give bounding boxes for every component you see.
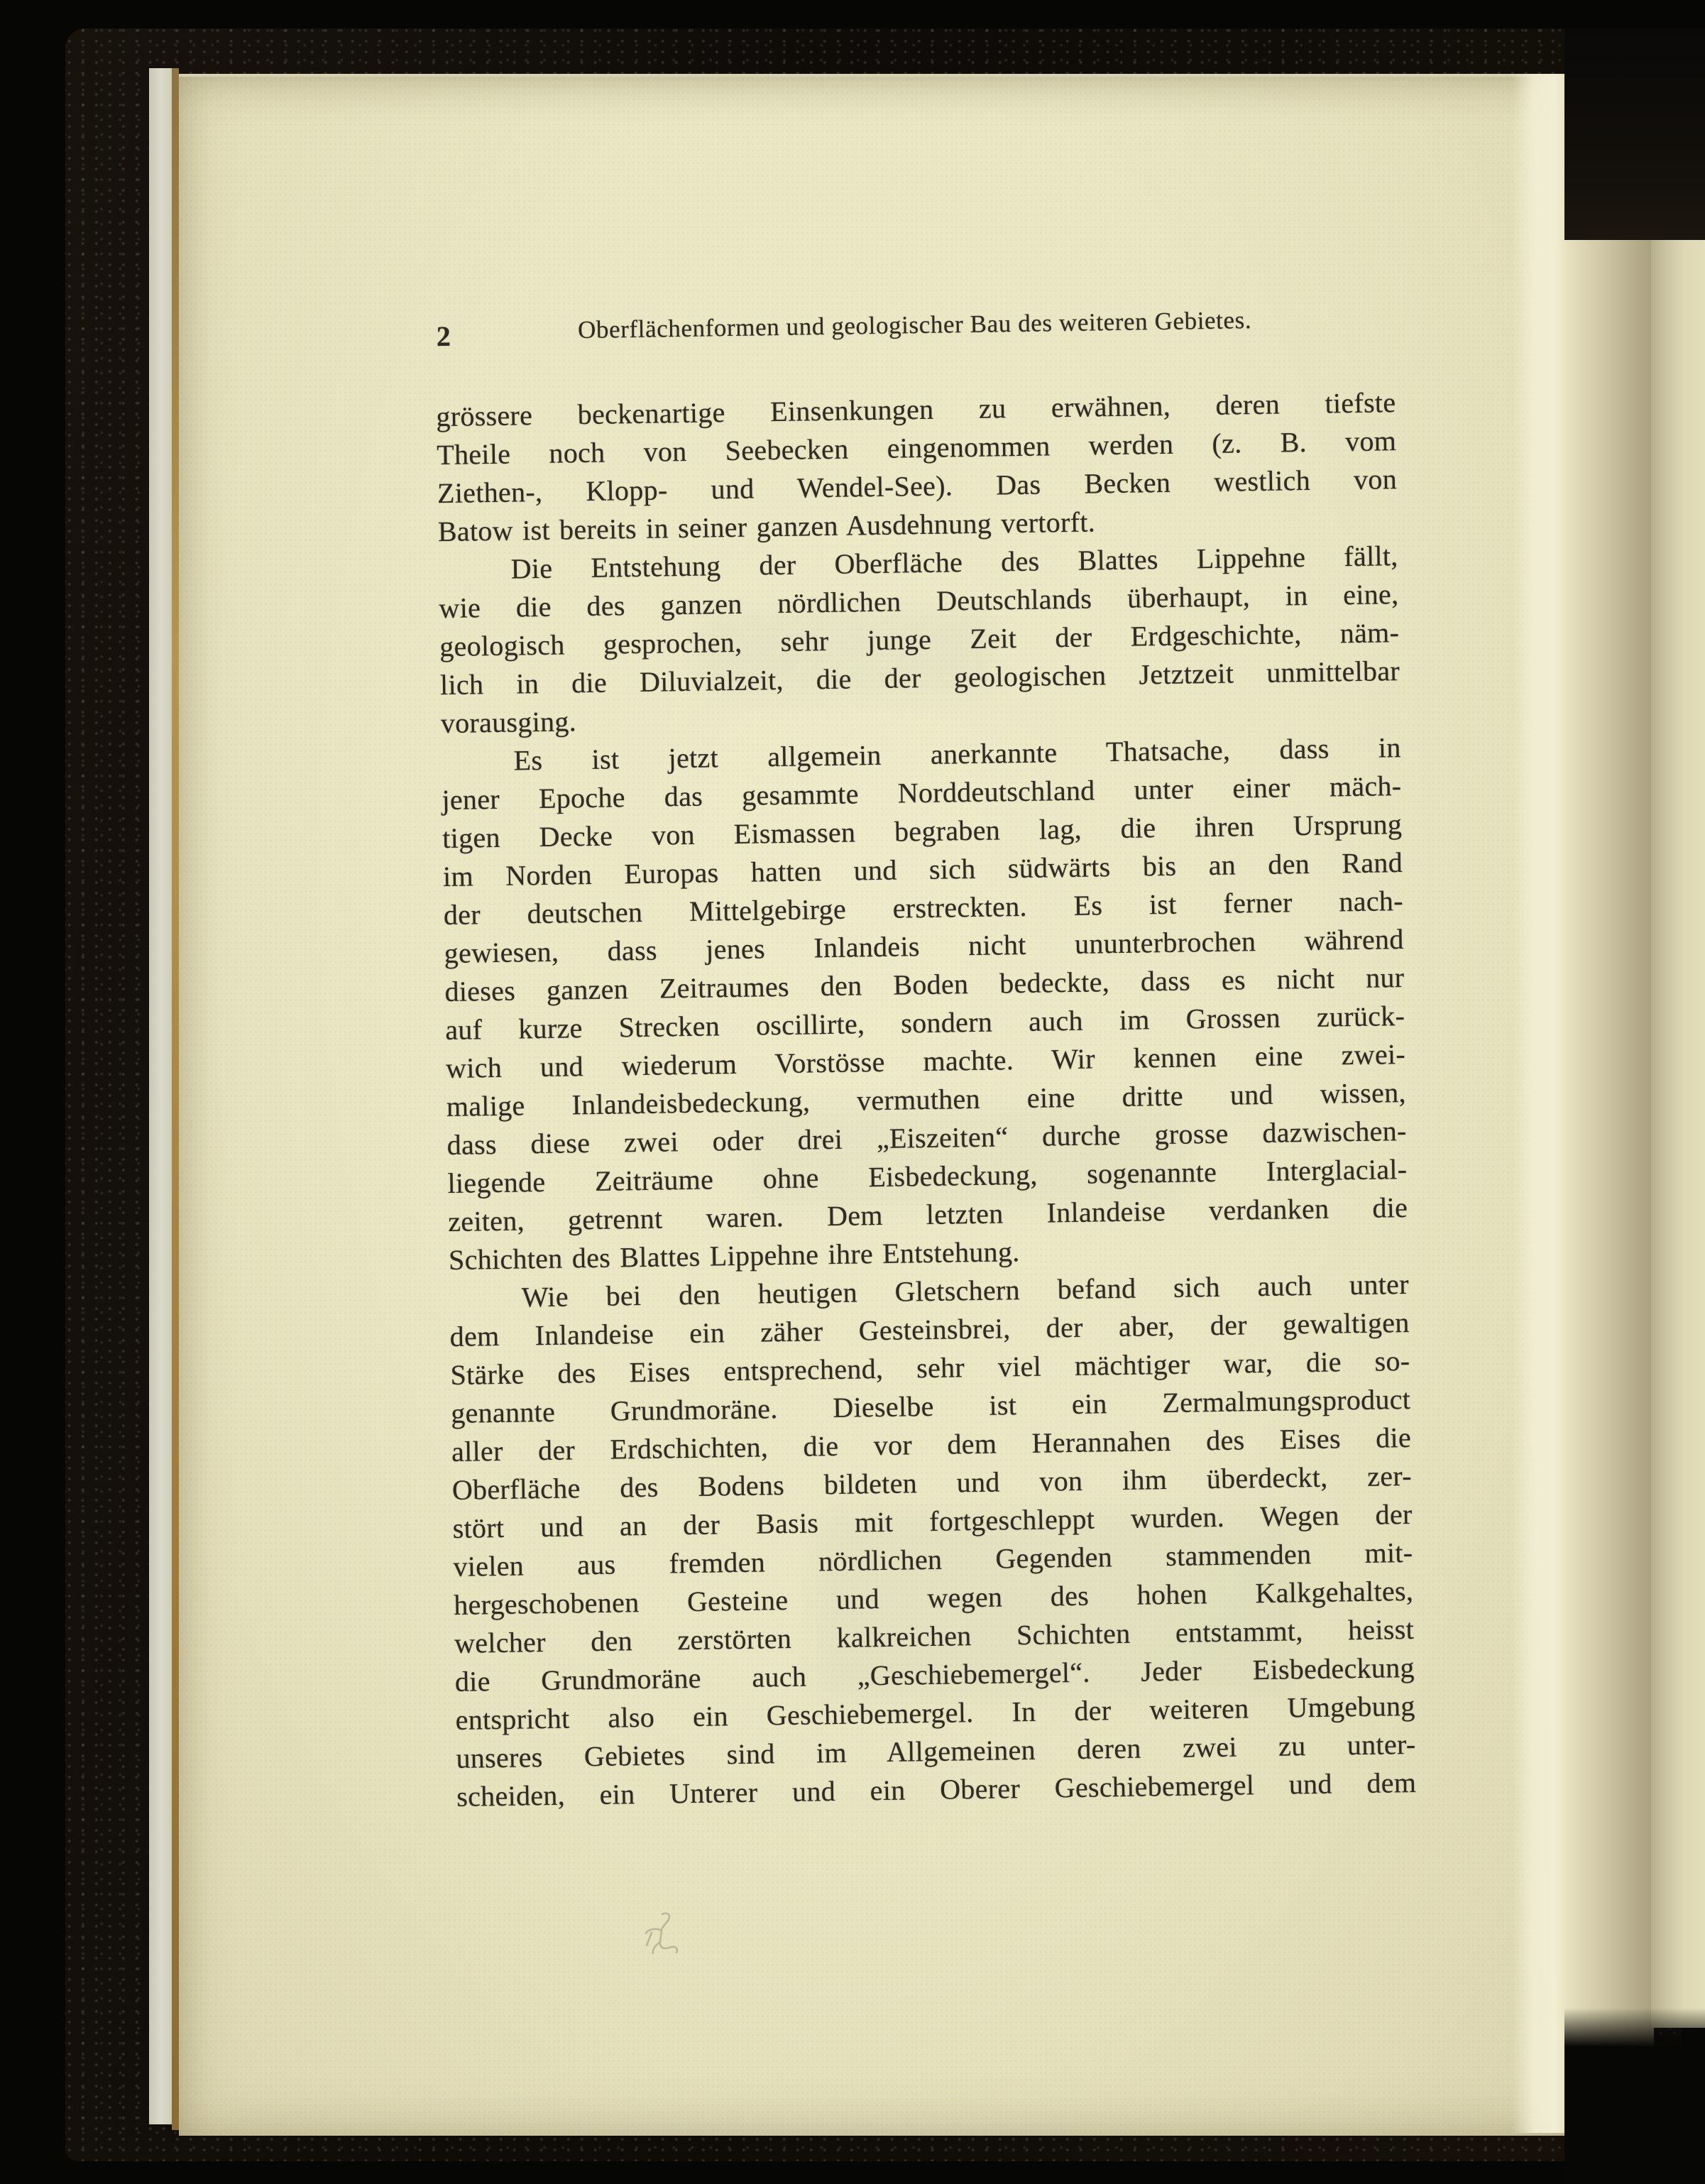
gutter-dark-top	[1564, 28, 1705, 240]
book-photo: 2 Oberflächenformen und geologischer Bau…	[0, 0, 1705, 2184]
gutter-dark-bottom	[1564, 2008, 1705, 2184]
page-edge-gilt-line	[172, 68, 179, 2130]
body-text: grössere beckenartige Einsenkungen zu er…	[436, 383, 1416, 1816]
gutter-shadow	[1512, 74, 1654, 2133]
page-stack-edge	[149, 68, 172, 2124]
printed-text-block: 2 Oberflächenformen und geologischer Bau…	[434, 304, 1416, 1816]
page-number: 2	[436, 320, 451, 353]
pencil-mark	[634, 1909, 698, 1972]
facing-page-edge	[1651, 84, 1705, 2028]
